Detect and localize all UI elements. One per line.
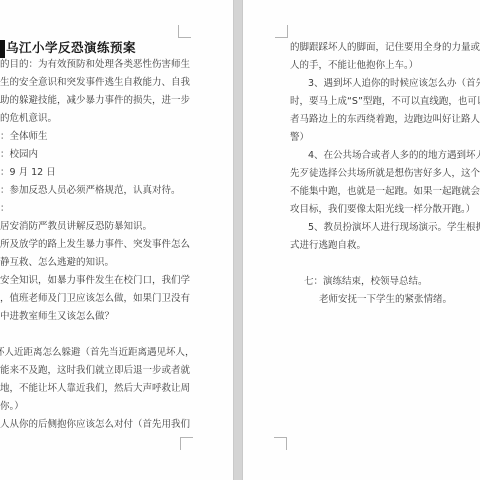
left-page-text-block: 的目的：为有效预防和处理各类恶性伤害师生生的安全意识和突发事件逃生自救能力、自我… [0,56,182,434]
document-text-line: 生的安全意识和突发事件逃生自救能力、自我 [0,74,182,92]
document-text-line: 的危机意识。 [0,110,182,128]
document-text-line: 坏人近距离怎么躲避（首先当近距离遇见坏人， [0,344,182,362]
document-text-line: 者马路边上的东西绕着跑，边跑边叫好让路人及 [290,111,480,129]
document-text-line: 人从你的后侧抱你应该怎么对付（首先用我们 [0,416,182,434]
text-boundary-mark-left-page-top-right [178,25,191,38]
document-text-line: 人的手，不能让他抱你上车。） [290,57,480,75]
document-text-line: 居安消防严教员讲解反恐防暴知识。 [0,218,182,236]
document-text-line: ：校园内 [0,146,182,164]
document-text-line: 中进教室师生又该怎么做？ [0,308,182,326]
document-text-line: 的目的：为有效预防和处理各类恶性伤害师生 [0,56,182,74]
right-page-text-block: 的脚跟踩坏人的脚面，记住要用全身的力量或者人的手，不能让他抱你上车。）3、遇到坏… [290,39,480,309]
document-text-line: 的脚跟踩坏人的脚面，记住要用全身的力量或者 [290,39,480,57]
document-title: 乌江小学反恐演练预案 [6,38,136,56]
document-viewer-canvas: 乌江小学反恐演练预案 的目的：为有效预防和处理各类恶性伤害师生生的安全意识和突发… [0,0,480,480]
document-text-line: 你。） [0,398,182,416]
text-boundary-mark-right-page-top-left [275,25,288,38]
document-text-line: 先歹徒选择公共场所就是想伤害好多人，这个时 [290,165,480,183]
document-text-line: 安全知识，如暴力事件发生在校门口，我们学 [0,272,182,290]
document-text-line: 地，不能让坏人靠近我们，然后大声呼救让周 [0,380,182,398]
document-text-line: 所及放学的路上发生暴力事件、突发事件怎么 [0,236,182,254]
document-text-line: 能来不及跑，这时我们就立即后退一步或者就 [0,362,182,380]
document-text-line: 3、遇到坏人追你的时候应该怎么办（首先发 [308,75,480,93]
document-text-line: 助的躲避技能，减少暴力事件的损失，进一步 [0,92,182,110]
document-text-line: 七：演练结束，校领导总结。 [304,273,480,291]
document-text-line: ：参加反恐人员必须严格规范，认真对待。 [0,182,182,200]
document-text-line: ：9 月 12 日 [0,164,182,182]
document-text-line [0,326,182,344]
document-page-left[interactable]: 乌江小学反恐演练预案 的目的：为有效预防和处理各类恶性伤害师生生的安全意识和突发… [0,0,233,480]
document-text-line: 时，要马上成“S”型跑，不可以直线跑，也可以绕 [290,93,480,111]
text-boundary-mark-left-page-bottom-right [180,437,193,450]
document-text-line: 式进行逃跑自救。 [290,237,480,255]
document-text-line: ：全体师生 [0,128,182,146]
document-text-line: 老师安抚一下学生的紧张情绪。 [319,291,480,309]
document-text-line: 警） [290,129,480,147]
document-text-line [290,255,480,273]
document-text-line: ： [0,200,182,218]
document-text-line: 不能集中跑，也就是一起跑。如果一起跑就会给 [290,183,480,201]
document-page-right[interactable]: 的脚跟踩坏人的脚面，记住要用全身的力量或者人的手，不能让他抱你上车。）3、遇到坏… [243,0,480,480]
document-text-line: 4、在公共场合或者人多的的地方遇到坏人应 [308,147,480,165]
document-text-line: ，值班老师及门卫应该怎么做，如果门卫没有 [0,290,182,308]
page-gap-divider [233,0,243,480]
document-text-line: 攻目标，我们要像太阳光线一样分散开跑。） [290,201,480,219]
document-text-line: 静互救、怎么逃避的知识。 [0,254,182,272]
text-boundary-mark-right-page-bottom-left [274,437,287,450]
document-text-line: 5、教员扮演坏人进行现场演示。学生根据要 [308,219,480,237]
